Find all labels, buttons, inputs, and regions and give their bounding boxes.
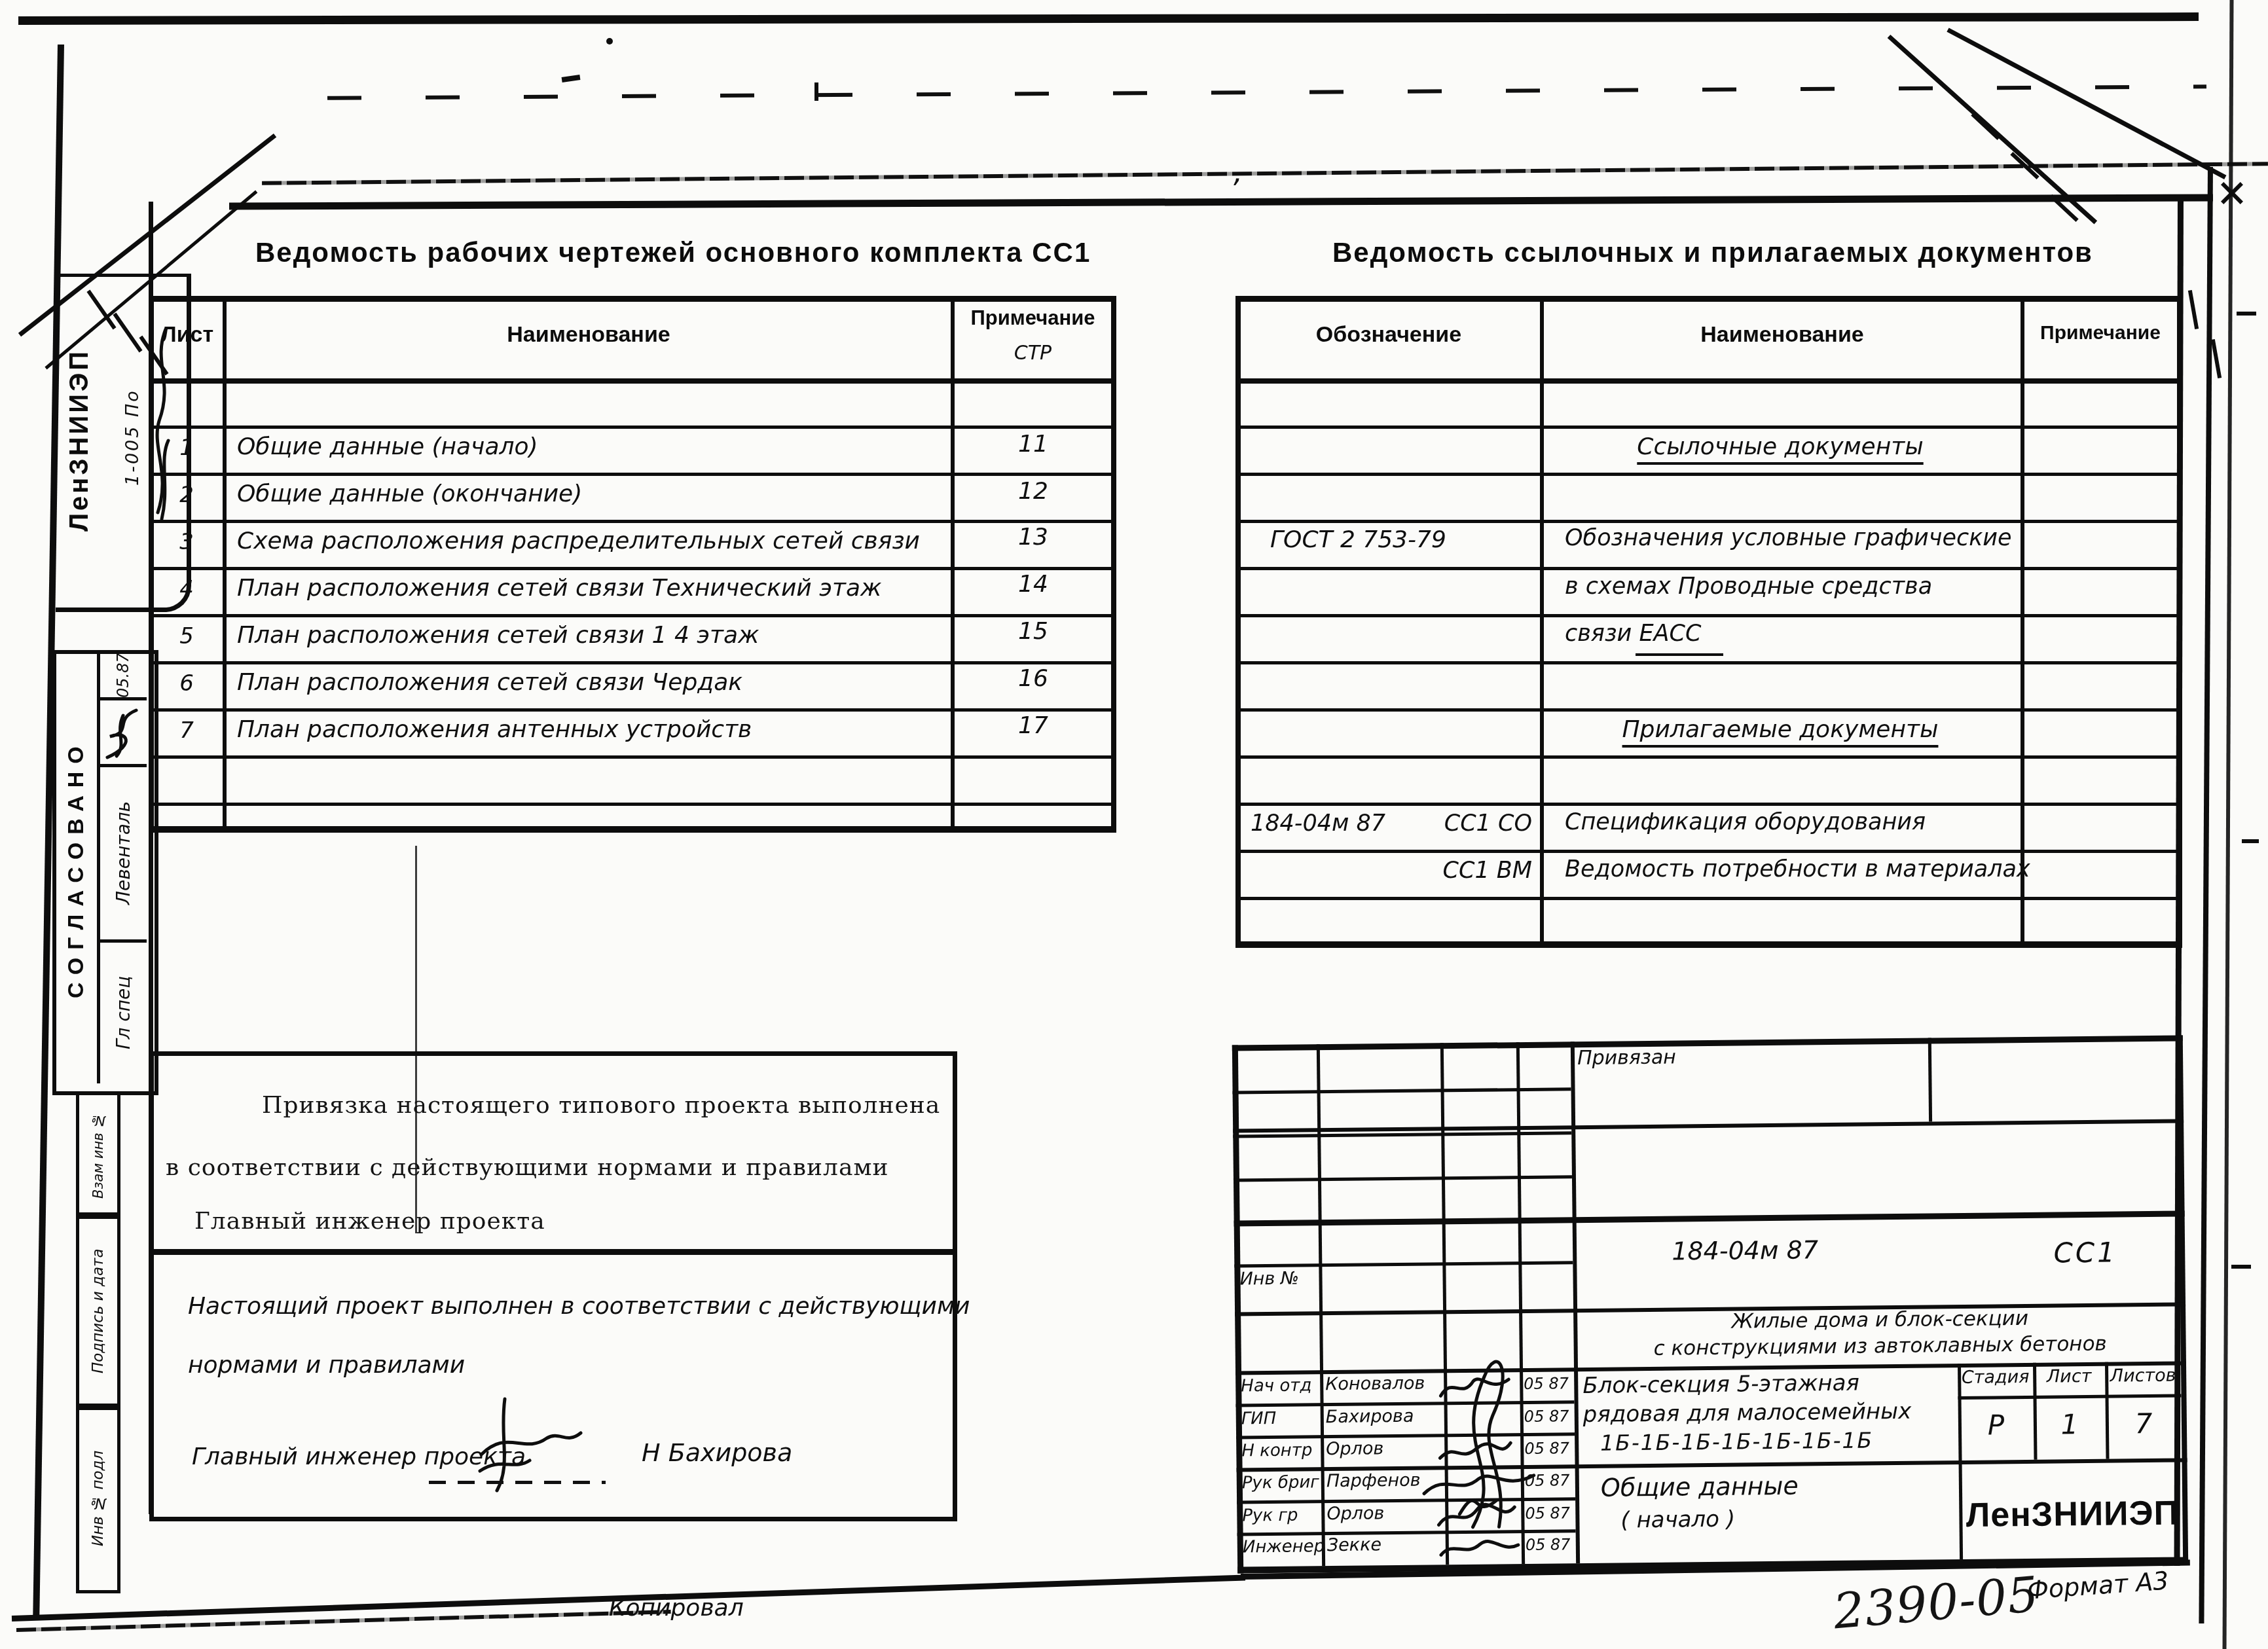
table-grid-line: [151, 708, 1113, 712]
signer-name: Орлов: [1326, 1438, 1383, 1459]
signer-role: Инженер: [1243, 1536, 1325, 1557]
table-border: [1237, 378, 2180, 384]
page-fold-line: [1947, 27, 2226, 179]
corner-stamp-note: 1-005 По: [116, 303, 149, 571]
row-drawing-name: План расположения антенных устройств: [237, 716, 752, 743]
stage-value: Р: [1958, 1409, 2034, 1441]
approver-role: Гл спец: [102, 945, 144, 1081]
object-name-line: 1Б-1Б-1Б-1Б-1Б-1Б-1Б: [1600, 1427, 1873, 1455]
corner-stamp-org: ЛенЗНИИЭП: [58, 285, 100, 596]
title-block-line: [1233, 1087, 1571, 1094]
edge-tick: [2231, 1265, 2251, 1269]
table-grid-line: [151, 803, 1113, 806]
object-name-line: Блок-секция 5-этажная: [1582, 1370, 1859, 1399]
signer-role: Рук гр: [1242, 1506, 1298, 1526]
inv-no-label: Инв №: [1239, 1269, 1299, 1290]
table-grid-line: [1237, 473, 2180, 476]
signer-role: Н контр: [1241, 1440, 1312, 1460]
sidebar-cell-line: [97, 764, 147, 767]
left-table-title: Ведомость рабочих чертежей основного ком…: [255, 237, 1091, 268]
signature-squiggle: [1436, 1438, 1514, 1466]
organization-name: ЛенЗНИИЭП: [1962, 1493, 2183, 1535]
table-border: [1237, 296, 2180, 302]
table-border: [151, 826, 1113, 833]
title-block-line: [1234, 1175, 1572, 1182]
sheet-title-line: ( начало ): [1620, 1506, 1735, 1534]
row-note: 14: [955, 571, 1112, 598]
fold-dash-stroke: [2188, 290, 2199, 329]
row-note: 13: [955, 524, 1112, 551]
table-grid-line: [151, 614, 1113, 617]
signer-date: 05 87: [1524, 1374, 1569, 1393]
table-col-line: [1540, 296, 1544, 948]
row-note: 16: [955, 665, 1112, 692]
format-label: Формат А3: [2026, 1567, 2170, 1605]
scan-speck: ,: [1234, 156, 1243, 189]
table-grid-line: [1237, 567, 2180, 570]
note-line: Главный инженер проекта: [194, 1208, 545, 1235]
table-grid-line: [151, 661, 1113, 664]
frame-right-outer-line: [2199, 167, 2213, 1623]
signer-name: Зекке: [1327, 1534, 1381, 1555]
row-note: 11: [955, 431, 1112, 458]
sheet-label: Лист: [2033, 1366, 2105, 1387]
table-grid-line: [1237, 755, 2180, 759]
table-grid-line: [151, 520, 1113, 523]
row-sheet-number: 7: [151, 717, 223, 744]
signer-date: 05 87: [1524, 1407, 1569, 1426]
compliance-note-box: Настоящий проект выполнен в соответствии…: [149, 1249, 957, 1521]
attached-doc-code: СС1 СО: [1408, 810, 1532, 837]
table-grid-line: [1237, 850, 2180, 853]
signer-date: 05 87: [1526, 1535, 1571, 1554]
title-block-line: [1928, 1038, 1932, 1121]
fold-dashed-line: [327, 84, 2206, 100]
row-sheet-number: 5: [151, 623, 223, 649]
title-block: Привязан Инв № 184-04м 87 СС1 Жилые дома…: [1232, 1035, 2188, 1573]
row-sheet-number: 4: [151, 576, 223, 602]
approver-signature: [101, 706, 143, 761]
referenced-docs-section-header: Ссылочные документы: [1540, 433, 2021, 460]
title-block-line: [1958, 1394, 2181, 1400]
scanned-drawing-sheet: , ЛенЗНИИЭП 1-005 По СОГЛАСОВАНО 05.87: [0, 0, 2268, 1649]
frame-top-line: [229, 194, 2213, 209]
fold-dash-stroke: [2211, 339, 2222, 378]
title-block-line: [1234, 1210, 2185, 1226]
table-grid-line: [1237, 803, 2180, 806]
note-line: Настоящий проект выполнен в соответствии…: [188, 1293, 970, 1320]
signer-name: Парфенов: [1326, 1470, 1421, 1492]
sidebar-divider: [97, 654, 100, 1083]
table-grid-line: [1237, 426, 2180, 429]
table-border: [1237, 941, 2180, 948]
table-col-line: [223, 296, 227, 833]
sidebar-cell-line: [97, 939, 147, 943]
approved-date: 05.87: [102, 655, 144, 696]
right-table-col-note: Примечание: [2021, 322, 2180, 344]
sheets-total-label: Листов: [2105, 1365, 2181, 1386]
left-table-col-note: Примечание: [953, 306, 1113, 330]
signature-squiggle: [1437, 1533, 1522, 1561]
signer-role: ГИП: [1241, 1409, 1277, 1429]
signature-squiggle: [1420, 1466, 1538, 1499]
row-sheet-number: 6: [151, 670, 223, 697]
doc-code: СС1: [2020, 1236, 2151, 1269]
gost-name-line: Обозначения условные графические: [1565, 525, 2012, 551]
table-grid-line: [1237, 520, 2180, 523]
table-grid-line: [151, 755, 1113, 759]
note-line: нормами и правилами: [188, 1352, 465, 1379]
fold-dash-stroke: [1971, 113, 2000, 140]
chief-engineer-name: Н Бахирова: [642, 1438, 792, 1467]
document-id-handwritten: 2390-05: [1831, 1566, 2041, 1640]
podpis-data-label: Подпись и дата: [79, 1216, 117, 1407]
table-border: [1235, 296, 1241, 948]
title-block-border: [2178, 1035, 2188, 1563]
signer-name: Бахирова: [1326, 1406, 1414, 1427]
privyazan-label: Привязан: [1577, 1046, 1676, 1070]
row-sheet-number: 1: [151, 435, 223, 461]
sheets-total-value: 7: [2106, 1407, 2182, 1440]
approved-stamp-label: СОГЛАСОВАНО: [56, 661, 96, 1077]
title-block-border: [1232, 1045, 1243, 1574]
project-name-line: с конструкциями из автоклавных бетонов: [1576, 1331, 2185, 1361]
sheet-title-line: Общие данные: [1601, 1472, 1799, 1502]
row-drawing-name: Общие данные (начало): [237, 433, 538, 460]
signer-name: Коновалов: [1325, 1373, 1425, 1395]
row-drawing-name: Общие данные (окончание): [237, 480, 582, 507]
signer-date: 05 87: [1524, 1439, 1569, 1458]
row-sheet-number: 2: [151, 482, 223, 508]
row-drawing-name: Схема расположения распределительных сет…: [237, 528, 920, 554]
table-grid-line: [151, 473, 1113, 476]
vzam-inv-label-box: Взам инв №: [76, 1092, 120, 1219]
copied-by-label: Копировал: [609, 1595, 744, 1622]
table-border: [151, 296, 1113, 302]
left-table-col-note-sub: СТР: [953, 342, 1113, 365]
signature-squiggle: [1435, 1373, 1514, 1401]
scan-edge-right: [2223, 0, 2234, 1649]
scan-edge-top: [18, 12, 2199, 25]
approval-sidebar-block: СОГЛАСОВАНО 05.87 Левенталь Гл спец: [52, 650, 158, 1095]
signer-role: Рук бриг: [1242, 1472, 1319, 1493]
attached-docs-section-header: Прилагаемые документы: [1540, 716, 2021, 743]
table-grid-line: [1237, 661, 2180, 664]
signature-squiggle: [1433, 1500, 1518, 1530]
table-grid-line: [151, 567, 1113, 570]
note-line: в соответствии с действующими нормами и …: [166, 1154, 888, 1181]
title-block-line: [1233, 1119, 2184, 1133]
table-grid-line: [1237, 614, 2180, 617]
gost-designation: ГОСТ 2 753-79: [1270, 526, 1446, 553]
note-line: Привязка настоящего типового проекта вып…: [262, 1092, 940, 1119]
signature-dotted-line: [429, 1481, 606, 1484]
attached-doc-code: СС1 ВМ: [1408, 858, 1532, 884]
table-grid-line: [1237, 708, 2180, 712]
stage-label: Стадия: [1958, 1367, 2033, 1388]
table-grid-line: [151, 426, 1113, 429]
inv-podl-label: Инв № подл: [79, 1407, 117, 1590]
table-border: [2177, 296, 2182, 948]
title-block-line: [1234, 1261, 1573, 1267]
row-drawing-name: План расположения сетей связи 1 4 этаж: [237, 622, 759, 649]
title-block-line: [1571, 1042, 1580, 1563]
edge-tick: [2242, 839, 2259, 843]
scan-speck: [562, 75, 581, 82]
table-border: [149, 296, 154, 833]
gost-name-line: связи ЕАСС: [1565, 621, 1701, 647]
vzam-inv-label: Взам инв №: [79, 1095, 117, 1216]
sheet-number-value: 1: [2034, 1408, 2106, 1441]
row-drawing-name: План расположения сетей связи Технически…: [237, 575, 881, 602]
right-table-title: Ведомость ссылочных и прилагаемых докуме…: [1332, 237, 2093, 268]
doc-number: 184-04м 87: [1588, 1235, 1902, 1267]
signer-name: Орлов: [1326, 1503, 1384, 1524]
table-border: [151, 378, 1113, 384]
inv-podl-label-box: Инв № подл: [76, 1404, 120, 1593]
row-drawing-name: План расположения сетей связи Чердак: [237, 669, 742, 696]
row-sheet-number: 3: [151, 529, 223, 555]
scan-speck: [814, 82, 818, 101]
table-grid-line: [1237, 897, 2180, 900]
row-note: 12: [955, 478, 1112, 505]
attached-doc-name: Спецификация оборудования: [1565, 809, 1926, 835]
attached-doc-name: Ведомость потребности в материалах: [1565, 856, 2030, 882]
edge-tick: [2237, 312, 2256, 316]
right-table-col-designation: Обозначение: [1237, 322, 1540, 348]
left-table-col-name: Наименование: [227, 322, 951, 348]
row-note: 17: [955, 712, 1112, 739]
signer-role: Нач отд: [1241, 1375, 1311, 1396]
object-name-line: рядовая для малосемейных: [1583, 1398, 1912, 1428]
paper-crumple-line: [262, 162, 2268, 185]
left-table-col-sheet: Лист: [151, 322, 224, 348]
row-note: 15: [955, 618, 1112, 645]
eacc-underline: [1636, 653, 1723, 656]
approver-name: Левенталь: [102, 769, 144, 937]
attached-doc-number: 184-04м 87: [1251, 810, 1385, 837]
binding-note-box: Привязка настоящего типового проекта вып…: [149, 1051, 957, 1254]
scan-speck: [606, 38, 613, 45]
table-col-line: [2021, 296, 2024, 948]
gost-name-line: в схемах Проводные средства: [1565, 573, 1932, 600]
title-block-border: [1232, 1035, 2183, 1051]
podpis-data-label-box: Подпись и дата: [76, 1212, 120, 1410]
table-border: [1111, 296, 1116, 833]
table-col-line: [951, 296, 955, 833]
right-table-col-name: Наименование: [1544, 322, 2021, 348]
signer-date: 05 87: [1525, 1504, 1570, 1523]
